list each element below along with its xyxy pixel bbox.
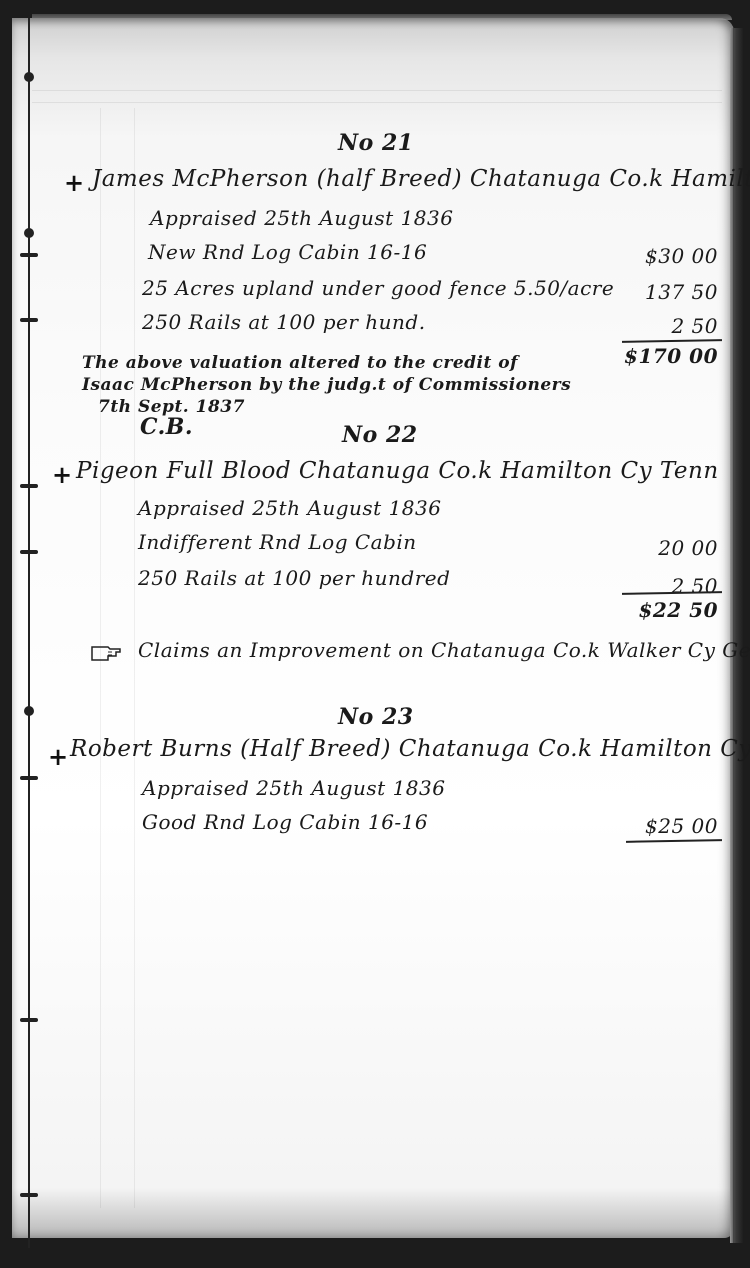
ledger-page: No 21 + James McPherson (half Breed) Cha… xyxy=(12,18,734,1238)
grid-line xyxy=(32,90,722,91)
item-amount: 2 50 xyxy=(608,314,718,338)
binding-stitch xyxy=(20,484,38,488)
page-top-edge xyxy=(32,14,732,20)
item-description: Good Rnd Log Cabin 16-16 xyxy=(142,810,428,834)
entry-number: No 21 xyxy=(338,130,414,156)
appraisal-date: Appraised 25th August 1836 xyxy=(138,496,441,520)
grid-line xyxy=(134,108,135,1208)
item-description: 250 Rails at 100 per hundred xyxy=(138,566,450,590)
item-amount: $25 00 xyxy=(608,814,718,838)
binding-stitch xyxy=(20,318,38,322)
pointing-hand-icon xyxy=(90,644,124,662)
item-description: 250 Rails at 100 per hund. xyxy=(142,310,426,334)
binding-spine xyxy=(28,18,30,1248)
binding-stitch xyxy=(20,550,38,554)
item-description: New Rnd Log Cabin 16-16 xyxy=(148,240,427,264)
item-amount: $30 00 xyxy=(608,244,718,268)
appraisal-date: Appraised 25th August 1836 xyxy=(142,776,445,800)
binding-stitch xyxy=(20,253,38,257)
sum-rule xyxy=(626,839,722,842)
binding-stitch xyxy=(24,706,34,716)
entry-number: No 23 xyxy=(338,704,414,730)
binding-stitch xyxy=(20,1018,38,1022)
cross-mark: + xyxy=(48,742,68,771)
binding-stitch xyxy=(24,228,34,238)
valuation-note-line: Isaac McPherson by the judg.t of Commiss… xyxy=(82,374,571,396)
binding-stitch xyxy=(20,776,38,780)
cross-mark: + xyxy=(52,460,72,489)
item-amount: 20 00 xyxy=(608,536,718,560)
entry-heading: James McPherson (half Breed) Chatanuga C… xyxy=(92,166,750,192)
page-right-edge xyxy=(730,28,744,1243)
appraisal-date: Appraised 25th August 1836 xyxy=(150,206,453,230)
claim-note: Claims an Improvement on Chatanuga Co.k … xyxy=(138,638,750,662)
item-description: Indifferent Rnd Log Cabin xyxy=(138,530,417,554)
binding-stitch xyxy=(20,1193,38,1197)
binding-stitch xyxy=(24,72,34,82)
item-description: 25 Acres upland under good fence 5.50/ac… xyxy=(142,276,614,300)
entry-heading: Pigeon Full Blood Chatanuga Co.k Hamilto… xyxy=(76,458,719,484)
valuation-note-line: The above valuation altered to the credi… xyxy=(82,352,518,374)
grid-line xyxy=(32,102,722,103)
cross-mark: + xyxy=(64,168,84,197)
sum-rule xyxy=(622,339,722,343)
item-amount: 137 50 xyxy=(608,280,718,304)
entry-number: No 22 xyxy=(342,422,418,448)
entry-total: $170 00 xyxy=(608,344,718,368)
entry-heading: Robert Burns (Half Breed) Chatanuga Co.k… xyxy=(70,736,750,762)
entry-total: $22 50 xyxy=(608,598,718,622)
initials: C.B. xyxy=(140,414,193,440)
